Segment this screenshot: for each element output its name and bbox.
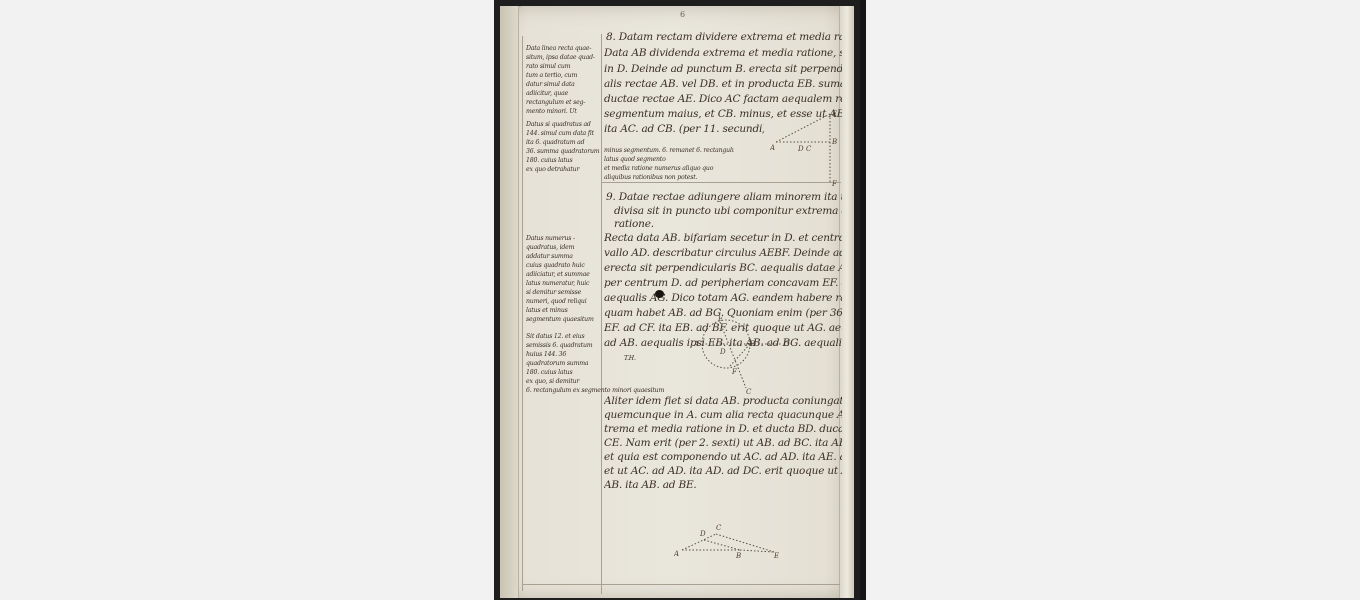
diagram-circle-construction: A E D B G F C bbox=[690, 316, 800, 396]
margin-note-line: quadratus, idem bbox=[526, 243, 600, 252]
margin-rule-left bbox=[522, 36, 523, 591]
aliter-line: quemcunque in A. cum alia recta quacunqu… bbox=[604, 408, 842, 422]
section-9-line: 9. Datae rectae adiungere aliam minorem … bbox=[606, 190, 842, 204]
margin-note-line: 180. cuius latus bbox=[526, 368, 600, 377]
margin-note-line: rectangulum et seg- bbox=[526, 98, 600, 107]
svg-text:B: B bbox=[749, 340, 755, 348]
aliter-line: CE. Nam erit (per 2. sexti) ut AB. ad BC… bbox=[604, 436, 842, 450]
section-9-line: aequalis AG. Dico totam AG. eandem haber… bbox=[604, 291, 842, 305]
margin-note-line: huius 144. 36 bbox=[526, 350, 600, 359]
page-number: 6 bbox=[680, 10, 685, 19]
aliter-line: AB. ita AB. ad BE. bbox=[604, 478, 704, 492]
page-bottom-rule bbox=[522, 584, 840, 585]
svg-text:D: D bbox=[699, 530, 706, 538]
section-9-margin-notes: Datus numerus - quadratus, idem addatur … bbox=[526, 234, 600, 395]
margin-note-line: Datus numerus - bbox=[526, 234, 600, 243]
svg-text:A: A bbox=[674, 550, 679, 558]
svg-text:E: E bbox=[831, 110, 837, 118]
section-8-line: Data AB dividenda extrema et media ratio… bbox=[604, 46, 842, 60]
section-9-line: divisa sit in puncto ubi componitur extr… bbox=[614, 204, 842, 218]
margin-note-line: adiicitur, quae bbox=[526, 89, 600, 98]
section-8-line: in D. Deinde ad punctum B. erecta sit pe… bbox=[604, 62, 842, 76]
margin-note-line: ex quo, si demitur bbox=[526, 377, 600, 386]
margin-note-line: quadratorum summa bbox=[526, 359, 600, 368]
section-9-line: Recta data AB. bifariam secetur in D. et… bbox=[604, 231, 842, 245]
margin-note-line: latus et minus bbox=[526, 306, 600, 315]
margin-rule-main bbox=[601, 34, 602, 594]
aliter-line: trema et media ratione in D. et ducta BD… bbox=[604, 422, 842, 436]
svg-text:B: B bbox=[831, 138, 837, 146]
aliter-line: Aliter idem fiet si data AB. producta co… bbox=[604, 394, 842, 408]
svg-text:A: A bbox=[770, 144, 775, 152]
section-8-line: ductae rectae AE. Dico AC factam aequale… bbox=[604, 92, 842, 106]
scan-right-border bbox=[860, 0, 866, 600]
margin-note-line: ita 6. quadratum ad bbox=[526, 138, 600, 147]
svg-text:E: E bbox=[717, 316, 723, 323]
section-8-margin-footer: minus segmentum. 6. remanet 6. rectangul… bbox=[604, 146, 734, 182]
manuscript-scan: 6 8. Datam rectam dividere extrema et me… bbox=[494, 0, 866, 600]
svg-text:B: B bbox=[735, 552, 741, 560]
svg-text:G: G bbox=[784, 340, 790, 348]
ink-blot bbox=[655, 290, 664, 298]
margin-footer-line: aliquibus rationibus non potest. bbox=[604, 173, 734, 182]
margin-footer-line: et media ratione numerus aliquo quo bbox=[604, 164, 734, 173]
manuscript-page: 6 8. Datam rectam dividere extrema et me… bbox=[500, 6, 852, 598]
margin-note-line: semissis 6. quadratum bbox=[526, 341, 600, 350]
margin-note-line: datur simul data bbox=[526, 80, 600, 89]
aliter-line: et ut AC. ad AD. ita AD. ad DC. erit quo… bbox=[604, 464, 842, 478]
section-8-line: alis rectae AB. vel DB. et in producta E… bbox=[604, 77, 842, 91]
diagram-triangle-parallel: A D C B E bbox=[674, 520, 784, 560]
svg-text:F: F bbox=[731, 368, 738, 376]
margin-note-line: situm, ipsa datae quad- bbox=[526, 53, 600, 62]
section-8-margin-notes: Data linea recta quae- situm, ipsa datae… bbox=[526, 44, 600, 174]
margin-note-line: si demitur semisse bbox=[526, 288, 600, 297]
svg-text:D: D bbox=[797, 145, 804, 153]
margin-note-line: 36. summa quadratorum bbox=[526, 147, 600, 156]
margin-note-line: Sit datus 12. et eius bbox=[526, 332, 600, 341]
svg-text:F: F bbox=[831, 180, 838, 188]
margin-note-line: mento minori. Ut bbox=[526, 107, 600, 116]
svg-text:D: D bbox=[719, 348, 726, 356]
margin-note-line: 180. cuius latus bbox=[526, 156, 600, 165]
margin-note-line: latus numeratur, huic bbox=[526, 279, 600, 288]
svg-text:C: C bbox=[716, 524, 722, 532]
margin-note-line: adiiciatur, et summae bbox=[526, 270, 600, 279]
margin-note-line: tum a tertio, cum bbox=[526, 71, 600, 80]
svg-text:C: C bbox=[806, 145, 812, 153]
section-9-line: ratione. bbox=[614, 217, 694, 231]
diagram-extreme-mean-ratio: A D C B E F bbox=[770, 108, 842, 188]
section-9-signature: T.H. bbox=[624, 354, 654, 363]
margin-footer-line: latus quod segmento bbox=[604, 155, 734, 164]
margin-note-line: rato simul cum bbox=[526, 62, 600, 71]
margin-note-line: ex quo detrahatur bbox=[526, 165, 600, 174]
aliter-line: et quia est componendo ut AC. ad AD. ita… bbox=[604, 450, 842, 464]
margin-note-line: Data linea recta quae- bbox=[526, 44, 600, 53]
margin-note-line: numeri, quod reliqui bbox=[526, 297, 600, 306]
section-8-line: ita AC. ad CB. (per 11. secundi) bbox=[604, 122, 764, 136]
svg-text:A: A bbox=[693, 340, 699, 348]
section-9-line: per centrum D. ad peripheriam concavam E… bbox=[604, 276, 842, 290]
svg-text:E: E bbox=[773, 552, 779, 560]
margin-footer-line: minus segmentum. 6. remanet 6. rectangul… bbox=[604, 146, 734, 155]
margin-note-line: 144. simul cum data fit bbox=[526, 129, 600, 138]
page-fold-edge bbox=[500, 6, 519, 598]
margin-note-line: addatur summa bbox=[526, 252, 600, 261]
section-8-line: 8. Datam rectam dividere extrema et medi… bbox=[606, 30, 842, 44]
margin-note-line: cuius quadrato huic bbox=[526, 261, 600, 270]
section-9-line: vallo AD. describatur circulus AEBF. Dei… bbox=[604, 246, 842, 260]
margin-note-line: Datus si quadratus ad bbox=[526, 120, 600, 129]
margin-note-line: segmentum quaesitum bbox=[526, 315, 600, 324]
section-9-line: erecta sit perpendicularis BC. aequalis … bbox=[604, 261, 842, 275]
